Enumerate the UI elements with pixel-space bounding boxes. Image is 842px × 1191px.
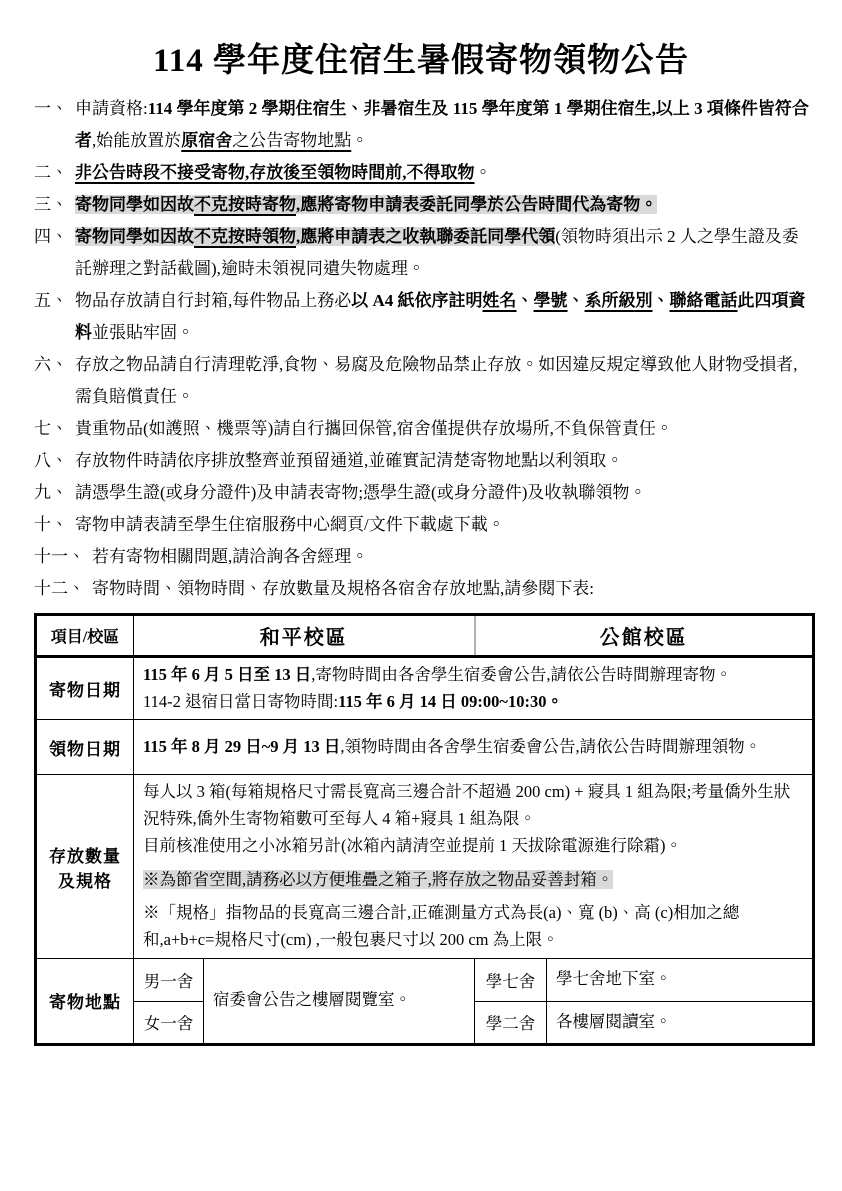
- document-page: 114 學年度住宿生暑假寄物領物公告 一、申請資格:114 學年度第 2 學期住…: [0, 0, 842, 1191]
- list-item: 六、存放之物品請自行清理乾淨,食物、易腐及危險物品禁止存放。如因違反規定導致他人…: [34, 349, 814, 413]
- text-line: 114-2 退宿日當日寄物時間:115 年 6 月 14 日 09:00~10:…: [143, 689, 803, 716]
- list-item-text: 存放之物品請自行清理乾淨,食物、易腐及危險物品禁止存放。如因違反規定導致他人財物…: [75, 349, 814, 413]
- text-segment: 寄物時間、領物時間、存放數量及規格各宿舍存放地點,請參閱下表:: [92, 579, 594, 598]
- page-title: 114 學年度住宿生暑假寄物領物公告: [0, 0, 842, 81]
- text-segment: 不克按時寄物: [194, 195, 296, 214]
- text-segment: ,應將申請表之收執聯委託同學代領: [296, 227, 555, 246]
- list-item: 十二、寄物時間、領物時間、存放數量及規格各宿舍存放地點,請參閱下表:: [34, 573, 814, 605]
- list-item-number: 七、: [34, 413, 75, 445]
- list-item-number: 四、: [34, 221, 75, 253]
- text-segment: 目前核准使用之小冰箱另計(冰箱內請清空並提前 1 天拔除電源進行除霜)。: [143, 836, 682, 855]
- list-item: 九、請憑學生證(或身分證件)及申請表寄物;憑學生證(或身分證件)及收執聯領物。: [34, 477, 814, 509]
- dorm-info-table: 項目/校區 和平校區 公館校區 寄物日期 115 年 6 月 5 日至 13 日…: [34, 613, 815, 1046]
- deposit-date-row: 寄物日期 115 年 6 月 5 日至 13 日,寄物時間由各舍學生宿委會公告,…: [36, 657, 814, 720]
- list-item-text: 存放物件時請依序排放整齊並預留通道,並確實記清楚寄物地點以利領取。: [75, 445, 814, 477]
- text-segment: 。: [475, 163, 492, 182]
- text-segment: ,應將寄物申請表委託同學於公告時間代為寄物。: [296, 195, 657, 214]
- list-item-number: 九、: [34, 477, 75, 509]
- text-segment: ※「規格」指物品的長寬高三邊合計,正確測量方式為長(a)、寬 (b)、高 (c)…: [143, 903, 739, 949]
- text-segment: 115 年 8 月 29 日~9 月 13 日: [143, 737, 340, 756]
- row-label-deposit-date: 寄物日期: [36, 657, 134, 720]
- list-item-number: 五、: [34, 285, 75, 317]
- row-label-storage-location: 寄物地點: [36, 958, 134, 1044]
- text-segment: 以 A4 紙依序註明: [351, 291, 482, 310]
- list-item-number: 一、: [34, 93, 75, 125]
- text-segment: 之公告寄物地點: [232, 131, 351, 150]
- list-item-number: 十、: [34, 509, 75, 541]
- list-item-text: 非公告時段不接受寄物,存放後至領物時間前,不得取物。: [75, 157, 814, 189]
- list-item-text: 寄物同學如因故不克按時寄物,應將寄物申請表委託同學於公告時間代為寄物。: [75, 189, 814, 221]
- deposit-date-cell: 115 年 6 月 5 日至 13 日,寄物時間由各舍學生宿委會公告,請依公告時…: [134, 657, 814, 720]
- row-label-pickup-date: 領物日期: [36, 720, 134, 775]
- table-header-row: 項目/校區 和平校區 公館校區: [36, 615, 814, 657]
- text-segment: 寄物申請表請至學生住宿服務中心網頁/文件下載處下載。: [75, 515, 505, 534]
- text-segment: ,始能放置於: [92, 131, 181, 150]
- quantity-spec-cell: 每人以 3 箱(每箱規格尺寸需長寬高三邊合計不超過 200 cm) + 寢具 1…: [134, 775, 814, 958]
- text-segment: 非公告時段不接受寄物,存放後至領物時間前,不得取物: [75, 163, 475, 182]
- list-item: 七、貴重物品(如護照、機票等)請自行攜回保管,宿舍僅提供存放場所,不負保管責任。: [34, 413, 814, 445]
- text-segment: 貴重物品(如護照、機票等)請自行攜回保管,宿舍僅提供存放場所,不負保管責任。: [75, 419, 673, 438]
- list-item: 三、寄物同學如因故不克按時寄物,應將寄物申請表委託同學於公告時間代為寄物。: [34, 189, 814, 221]
- row-label-quantity-spec-line1: 存放數量: [37, 842, 133, 867]
- text-segment: 系所級別: [585, 291, 653, 310]
- dorm-cell-female-1: 女一舍: [134, 1001, 204, 1044]
- text-line: 115 年 8 月 29 日~9 月 13 日,領物時間由各舍學生宿委會公告,請…: [143, 734, 803, 761]
- heping-location-cell: 宿委會公告之樓層閱覽室。: [204, 958, 475, 1044]
- pickup-date-row: 領物日期 115 年 8 月 29 日~9 月 13 日,領物時間由各舍學生宿委…: [36, 720, 814, 775]
- text-line: 115 年 6 月 5 日至 13 日,寄物時間由各舍學生宿委會公告,請依公告時…: [143, 662, 803, 689]
- list-item-number: 六、: [34, 349, 75, 381]
- text-segment: 寄物同學如因故: [75, 227, 194, 246]
- text-segment: 請憑學生證(或身分證件)及申請表寄物;憑學生證(或身分證件)及收執聯領物。: [75, 483, 646, 502]
- dorm-cell-xue-2: 學二舍: [475, 1001, 547, 1044]
- list-item-text: 物品存放請自行封箱,每件物品上務必以 A4 紙依序註明姓名、學號、系所級別、聯絡…: [75, 285, 814, 349]
- text-segment: 若有寄物相關問題,請洽詢各舍經理。: [92, 547, 368, 566]
- xue-2-location-cell: 各樓層閱讀室。: [547, 1001, 814, 1044]
- list-item: 十一、若有寄物相關問題,請洽詢各舍經理。: [34, 541, 814, 573]
- announcement-list: 一、申請資格:114 學年度第 2 學期住宿生、非暑宿生及 115 學年度第 1…: [34, 93, 814, 605]
- dorm-cell-xue-7: 學七舍: [475, 958, 547, 1001]
- text-line: ※為節省空間,請務必以方便堆疊之箱子,將存放之物品妥善封箱。: [143, 867, 803, 894]
- text-segment: 114-2 退宿日當日寄物時間:: [143, 692, 338, 711]
- list-item: 一、申請資格:114 學年度第 2 學期住宿生、非暑宿生及 115 學年度第 1…: [34, 93, 814, 157]
- table-header-item-campus: 項目/校區: [36, 615, 134, 657]
- text-segment: 、: [653, 291, 670, 310]
- dorm-cell-male-1: 男一舍: [134, 958, 204, 1001]
- pickup-date-cell: 115 年 8 月 29 日~9 月 13 日,領物時間由各舍學生宿委會公告,請…: [134, 720, 814, 775]
- list-item: 二、非公告時段不接受寄物,存放後至領物時間前,不得取物。: [34, 157, 814, 189]
- list-item-text: 若有寄物相關問題,請洽詢各舍經理。: [92, 541, 814, 573]
- table-header-gongguan-campus: 公館校區: [475, 615, 814, 657]
- text-segment: ,領物時間由各舍學生宿委會公告,請依公告時間辦理領物。: [340, 737, 761, 756]
- text-line: 每人以 3 箱(每箱規格尺寸需長寬高三邊合計不超過 200 cm) + 寢具 1…: [143, 779, 803, 832]
- text-segment: 原宿舍: [181, 131, 232, 150]
- list-item: 五、物品存放請自行封箱,每件物品上務必以 A4 紙依序註明姓名、學號、系所級別、…: [34, 285, 814, 349]
- list-item: 八、存放物件時請依序排放整齊並預留通道,並確實記清楚寄物地點以利領取。: [34, 445, 814, 477]
- list-item: 四、寄物同學如因故不克按時領物,應將申請表之收執聯委託同學代領(領物時須出示 2…: [34, 221, 814, 285]
- list-item-number: 十二、: [34, 573, 92, 605]
- list-item-text: 寄物申請表請至學生住宿服務中心網頁/文件下載處下載。: [75, 509, 814, 541]
- quantity-spec-row: 存放數量 及規格 每人以 3 箱(每箱規格尺寸需長寬高三邊合計不超過 200 c…: [36, 775, 814, 958]
- xue-7-location-cell: 學七舍地下室。: [547, 958, 814, 1001]
- row-label-quantity-spec: 存放數量 及規格: [36, 775, 134, 958]
- list-item-number: 八、: [34, 445, 75, 477]
- text-segment: 申請資格:: [75, 99, 148, 118]
- text-segment: 聯絡電話: [670, 291, 738, 310]
- list-item-number: 二、: [34, 157, 75, 189]
- text-segment: 每人以 3 箱(每箱規格尺寸需長寬高三邊合計不超過 200 cm) + 寢具 1…: [143, 782, 790, 828]
- list-item-text: 申請資格:114 學年度第 2 學期住宿生、非暑宿生及 115 學年度第 1 學…: [75, 93, 814, 157]
- list-item-text: 請憑學生證(或身分證件)及申請表寄物;憑學生證(或身分證件)及收執聯領物。: [75, 477, 814, 509]
- text-segment: 、: [568, 291, 585, 310]
- storage-location-row-1: 寄物地點 男一舍 宿委會公告之樓層閱覽室。 學七舍 學七舍地下室。: [36, 958, 814, 1001]
- text-segment: 物品存放請自行封箱,每件物品上務必: [75, 291, 351, 310]
- text-segment: 寄物同學如因故: [75, 195, 194, 214]
- text-segment: 存放之物品請自行清理乾淨,食物、易腐及危險物品禁止存放。如因違反規定導致他人財物…: [75, 355, 798, 406]
- text-line: ※「規格」指物品的長寬高三邊合計,正確測量方式為長(a)、寬 (b)、高 (c)…: [143, 900, 803, 953]
- list-item-text: 貴重物品(如護照、機票等)請自行攜回保管,宿舍僅提供存放場所,不負保管責任。: [75, 413, 814, 445]
- list-item: 十、寄物申請表請至學生住宿服務中心網頁/文件下載處下載。: [34, 509, 814, 541]
- text-segment: 並張貼牢固。: [92, 323, 194, 342]
- text-line: 目前核准使用之小冰箱另計(冰箱內請清空並提前 1 天拔除電源進行除霜)。: [143, 833, 803, 860]
- text-segment: 。: [351, 131, 368, 150]
- table-header-heping-campus: 和平校區: [134, 615, 475, 657]
- text-segment: 不克按時領物: [194, 227, 296, 246]
- row-label-quantity-spec-line2: 及規格: [37, 867, 133, 892]
- text-segment: 115 年 6 月 5 日至 13 日: [143, 665, 311, 684]
- text-segment: ※為節省空間,請務必以方便堆疊之箱子,將存放之物品妥善封箱。: [143, 870, 613, 889]
- text-segment: 存放物件時請依序排放整齊並預留通道,並確實記清楚寄物地點以利領取。: [75, 451, 623, 470]
- text-segment: ,寄物時間由各舍學生宿委會公告,請依公告時間辦理寄物。: [311, 665, 732, 684]
- text-segment: 115 年 6 月 14 日 09:00~10:30。: [338, 692, 563, 711]
- list-item-number: 十一、: [34, 541, 92, 573]
- list-item-number: 三、: [34, 189, 75, 221]
- list-item-text: 寄物同學如因故不克按時領物,應將申請表之收執聯委託同學代領(領物時須出示 2 人…: [75, 221, 814, 285]
- list-item-text: 寄物時間、領物時間、存放數量及規格各宿舍存放地點,請參閱下表:: [92, 573, 814, 605]
- text-segment: 、: [517, 291, 534, 310]
- text-segment: 姓名: [483, 291, 517, 310]
- text-segment: 學號: [534, 291, 568, 310]
